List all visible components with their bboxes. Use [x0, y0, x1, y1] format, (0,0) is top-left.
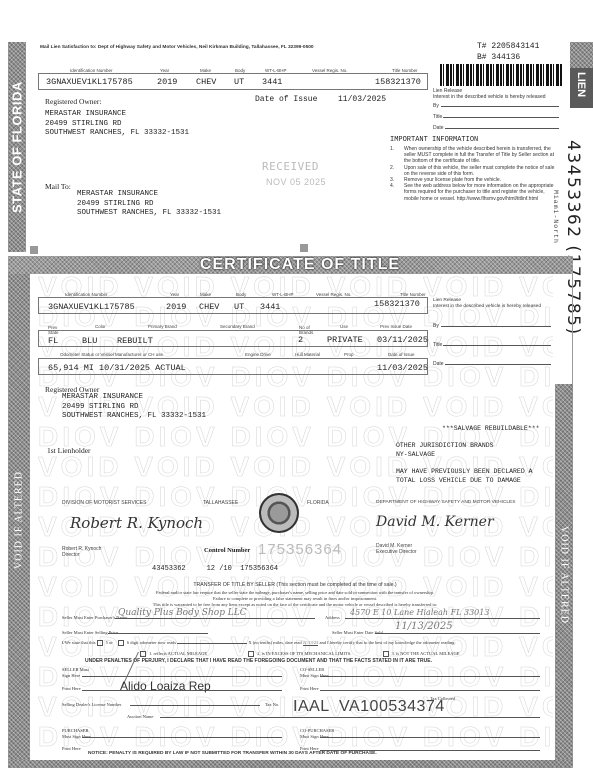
cert-no-of-brands: 2	[298, 336, 303, 345]
cert-lien-title-line[interactable]	[443, 345, 551, 346]
cert-lien-date-line[interactable]	[445, 364, 551, 365]
five-digit-checkbox[interactable]	[97, 640, 103, 646]
seller-print-value: Alido Loaiza Rep	[120, 679, 211, 693]
notice-lien-release: Lien Release Interest in the described v…	[433, 89, 563, 101]
cert-make: CHEV	[199, 303, 219, 312]
transfer-heading: TRANSFER OF TITLE BY SELLER (This sectio…	[40, 582, 550, 588]
auction-name-field[interactable]	[160, 717, 540, 718]
corner-mark	[300, 244, 308, 252]
salvage-brand-note: ***SALVAGE REBUILDABLE***	[442, 425, 540, 432]
notice-weight: 3441	[262, 78, 282, 87]
exec-director-signature: David M. Kerner	[376, 514, 494, 530]
lien-banner-label: LIEN	[570, 68, 593, 108]
date-sold-value: 11/13/2025	[395, 621, 453, 632]
director-signature: Robert R. Kynoch	[70, 514, 203, 532]
t-number: T# 2205843141	[477, 42, 539, 51]
address-value: 4570 E 10 Lane Hialeah FL 33013	[350, 608, 489, 617]
notice-vin: 3GNAXUEV1KL175785	[46, 78, 133, 87]
cert-use: PRIVATE	[327, 336, 363, 345]
certificate-right-border: VOID IF ALTERED	[555, 384, 573, 766]
cert-date-of-issue: 11/03/2025	[377, 364, 428, 373]
control-number-label: Control Number	[204, 547, 250, 554]
date-of-issue: 11/03/2025	[338, 95, 386, 104]
not-actual-mileage-checkbox[interactable]	[383, 651, 389, 657]
six-digit-checkbox[interactable]	[118, 640, 124, 646]
penalty-notice: NOTICE: PENALTY IS REQUIRED BY LAW IF NO…	[88, 751, 377, 756]
other-jurisdiction-brands: OTHER JURISDICTION BRANDS NY-SALVAGE	[396, 441, 494, 459]
date-of-issue-label: Date of Issue	[255, 95, 317, 104]
purchaser-name-field[interactable]	[115, 618, 315, 619]
cert-lien-release: Lien Release Interest in the described v…	[433, 298, 555, 309]
cert-vin: 3GNAXUEV1KL175785	[48, 303, 135, 312]
notice-title-number: 158321370	[375, 78, 421, 87]
selling-price-field[interactable]	[108, 633, 208, 634]
exec-director-name: David M. Kerner Executive Director	[376, 543, 417, 555]
cert-owner: MERASTAR INSURANCE 20499 STIRLING RD SOU…	[62, 393, 206, 422]
important-info-list: 1.When ownership of the vehicle describe…	[390, 146, 558, 230]
notice-make: CHEV	[196, 78, 216, 87]
lien-banner	[570, 42, 593, 68]
date-sold-field[interactable]	[375, 633, 540, 634]
office-label: Miami-North	[552, 190, 559, 244]
auction-value: IAAL VA100534374	[293, 698, 445, 716]
received-stamp: RECEIVED NOV 05 2025	[262, 160, 326, 187]
mail-to-label: Mail To:	[45, 182, 71, 191]
coseller-signature-field[interactable]	[320, 676, 540, 677]
department-label: DEPARTMENT OF HIGHWAY SAFETY AND MOTOR V…	[376, 500, 515, 505]
seller-signature-field[interactable]	[82, 676, 282, 677]
first-lienholder-label: 1st Lienholder	[47, 446, 91, 455]
odometer-statement: I/We state that this 5 or 6 digit odomet…	[62, 640, 456, 646]
odometer-reading-field[interactable]	[177, 643, 247, 644]
cert-color: BLU	[82, 337, 97, 346]
mail-to-address: MERASTAR INSURANCE 20499 STIRLING RD SOU…	[77, 190, 221, 219]
important-info-heading: IMPORTANT INFORMATION	[390, 136, 478, 144]
certificate-bottom-border	[8, 760, 573, 768]
registered-owner-label: Registered Owner:	[45, 97, 101, 106]
purchaser-signature-field[interactable]	[82, 737, 282, 738]
director-name: Robert R. Kynoch Director	[62, 546, 101, 558]
purchaser-name-value: Quality Plus Body Shop LLC	[118, 608, 247, 618]
coseller-print-field[interactable]	[320, 690, 540, 691]
certificate-left-border: VOID IF ALTERED	[8, 274, 30, 766]
total-loss-note: MAY HAVE PREVIOUSLY BEEN DECLARED A TOTA…	[396, 467, 533, 485]
state-seal	[259, 493, 299, 533]
cert-year: 2019	[166, 303, 186, 312]
lien-date-line[interactable]	[445, 128, 559, 129]
control-number: 175356364	[258, 541, 342, 558]
tallahassee-label: TALLAHASSEE	[203, 500, 238, 506]
cert-prev-issue-date: 03/11/2025	[377, 336, 428, 345]
state-of-florida-text: STATE OF FLORIDA	[8, 42, 26, 252]
cert-body: UT	[234, 303, 244, 312]
copurchaser-signature-field[interactable]	[320, 737, 540, 738]
division-label: DIVISION OF MOTORIST SERVICES	[62, 500, 146, 506]
cert-odometer: 65,914 MI 10/31/2025 ACTUAL	[48, 364, 186, 373]
corner-mark	[30, 246, 38, 254]
cert-lien-by-line[interactable]	[441, 326, 551, 327]
notice-year: 2019	[157, 78, 177, 87]
cert-weight: 3441	[260, 303, 280, 312]
mail-lien-satisfaction-text: Mail Lien Satisfaction to: Dept of Highw…	[40, 45, 314, 50]
dealer-license-field[interactable]	[130, 705, 260, 706]
control-bottom-line: 43453362 12 /10 175356364	[152, 565, 278, 573]
b-number: B# 344136	[477, 53, 520, 62]
notice-owner: MERASTAR INSURANCE 20499 STIRLING RD SOU…	[45, 110, 189, 139]
excess-mileage-checkbox[interactable]	[248, 651, 254, 657]
cert-title-number: 158321370	[374, 300, 420, 309]
notice-body: UT	[234, 78, 244, 87]
florida-label: FLORIDA	[307, 500, 329, 506]
state-of-florida-banner: STATE OF FLORIDA	[8, 42, 26, 252]
lien-by-line[interactable]	[441, 106, 559, 107]
transfer-law: Federal and/or state law require that th…	[40, 590, 550, 608]
address-field[interactable]	[345, 618, 540, 619]
cert-primary-brand: REBUILT	[117, 337, 153, 346]
cert-prev-state: FL	[48, 337, 58, 346]
certificate-banner: CERTIFICATE OF TITLE	[185, 256, 415, 274]
lien-title-line[interactable]	[443, 117, 559, 118]
mileage-options: 1. reflects ACTUAL MILEAGE 2. is IN EXCE…	[140, 651, 459, 657]
barcode	[440, 64, 562, 86]
